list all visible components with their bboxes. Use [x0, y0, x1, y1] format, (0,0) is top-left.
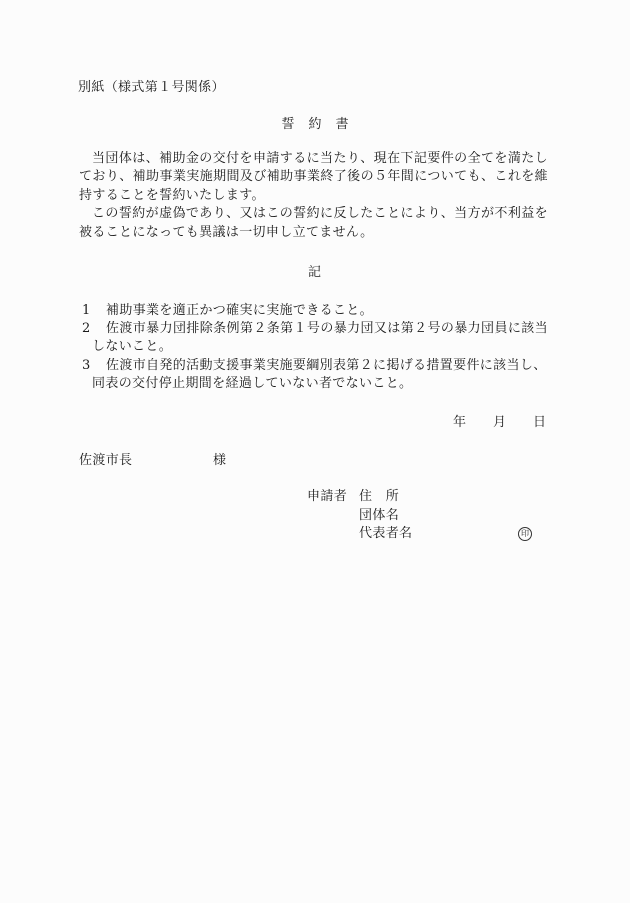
- title-char: 約: [308, 117, 321, 133]
- addressee-name: 佐渡市長: [79, 453, 132, 469]
- document-page: 別紙（様式第１号関係） 誓約書 当団体は、補助金の交付を申請するに当たり、現在下…: [0, 0, 630, 903]
- date-day-label: 日: [533, 415, 546, 431]
- item-text-continued: 同表の交付停止期間を経過していない者でないこと。: [92, 376, 412, 392]
- title-char: 誓: [281, 117, 294, 133]
- item-number: 2: [82, 321, 90, 337]
- item-text: 佐渡市暴力団排除条例第２条第１号の暴力団又は第２号の暴力団員に該当: [106, 321, 548, 337]
- body-line: 持することを誓約いたします。: [79, 188, 265, 204]
- item-text-continued: しないこと。: [92, 339, 172, 355]
- item-number: 3: [82, 358, 90, 374]
- body-line: 当団体は、補助金の交付を申請するに当たり、現在下記要件の全てを満たし: [92, 151, 548, 167]
- item-number: 1: [82, 303, 90, 319]
- item-text: 佐渡市自発的活動支援事業実施要綱別表第２に掲げる措置要件に該当し、: [106, 358, 544, 374]
- group-name-label: 団体名: [359, 508, 399, 524]
- representative-label: 代表者名: [359, 526, 412, 542]
- body-line: 被ることになっても異議は一切申し立てません。: [79, 225, 373, 241]
- form-reference: 別紙（様式第１号関係）: [78, 80, 225, 96]
- title-char: 書: [336, 117, 349, 133]
- applicant-label: 申請者: [307, 489, 347, 505]
- item-text: 補助事業を適正かつ確実に実施できること。: [106, 303, 373, 319]
- body-line: この誓約が虚偽であり、又はこの誓約に反したことにより、当方が不利益を: [92, 206, 548, 222]
- body-line: ており、補助事業実施期間及び補助事業終了後の５年間についても、これを維: [79, 169, 548, 185]
- ki-heading: 記: [308, 265, 321, 281]
- address-label: 住 所: [359, 489, 399, 505]
- addressee-honorific: 様: [213, 453, 226, 469]
- document-title: 誓約書: [215, 117, 415, 133]
- date-month-label: 月: [493, 415, 506, 431]
- seal-icon: 印: [518, 527, 532, 541]
- date-year-label: 年: [453, 415, 466, 431]
